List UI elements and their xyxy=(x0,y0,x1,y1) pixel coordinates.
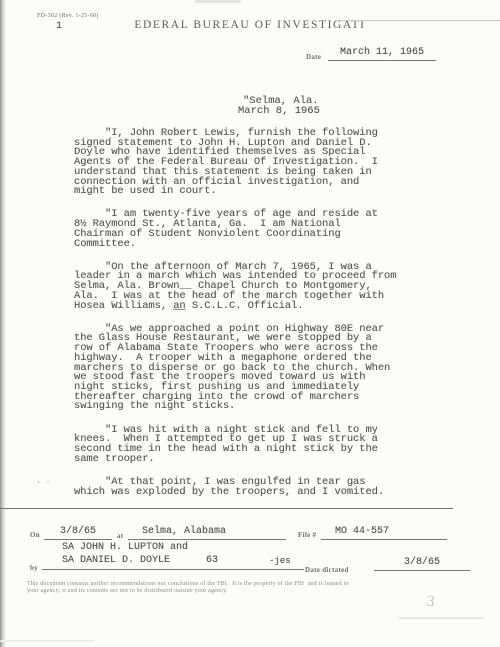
statement-body: "I, John Robert Lewis, furnish the follo… xyxy=(74,129,428,511)
statement-paragraph: "I was hit with a night stick and fell t… xyxy=(74,426,428,465)
fd302-document-page: FD-302 (Rev. 1-25-60) 1 EDERAL BUREAU OF… xyxy=(0,0,500,647)
interview-date-value: 3/8/65 xyxy=(44,526,112,540)
statement-paragraph: "On the afternoon of March 7, 1965, I wa… xyxy=(74,263,428,312)
statement-dateline: "Selma, Ala. March 8, 1965 xyxy=(238,96,320,116)
stamp-number: 63 xyxy=(206,555,218,566)
steno-initials: -jes xyxy=(269,556,291,566)
statement-paragraph: "At that point, I was engulfed in tear g… xyxy=(74,478,428,497)
by-label: by xyxy=(30,564,38,572)
scan-smudge xyxy=(398,617,484,619)
file-number-value: MO 44-557 xyxy=(321,526,447,540)
file-number-label: File # xyxy=(298,531,316,539)
at-label: at xyxy=(117,532,123,540)
scan-left-edge-shadow xyxy=(0,0,6,647)
agent-name-line: SA DANIEL D. DOYLE xyxy=(62,555,170,566)
scan-smudge xyxy=(195,0,241,3)
scan-smudge xyxy=(0,640,95,642)
statement-date: March 8, 1965 xyxy=(238,106,320,116)
date-dictated-value: 3/8/65 xyxy=(374,557,470,571)
date-label: Date xyxy=(306,53,321,61)
date-value: March 11, 1965 xyxy=(328,47,436,61)
footer-separator xyxy=(0,508,453,509)
agent-name-line: SA JOHN H. LUPTON and xyxy=(62,542,188,553)
by-signature-rule xyxy=(42,569,304,570)
on-label: On xyxy=(30,531,40,539)
title-rule xyxy=(335,20,500,21)
statement-paragraph: "As we approached a point on Highway 80E… xyxy=(74,325,428,412)
disclaimer-text: This document contains neither recommend… xyxy=(27,581,485,595)
statement-paragraph: "I am twenty-five years of age and resid… xyxy=(74,210,428,249)
interview-location-value: Selma, Alabama xyxy=(128,526,286,540)
margin-pencil-mark: · · xyxy=(36,478,50,487)
date-dictated-label: Date dictated xyxy=(305,566,349,574)
page-number-pencil: 3 xyxy=(425,594,436,611)
statement-paragraph: "I, John Robert Lewis, furnish the follo… xyxy=(74,129,428,197)
